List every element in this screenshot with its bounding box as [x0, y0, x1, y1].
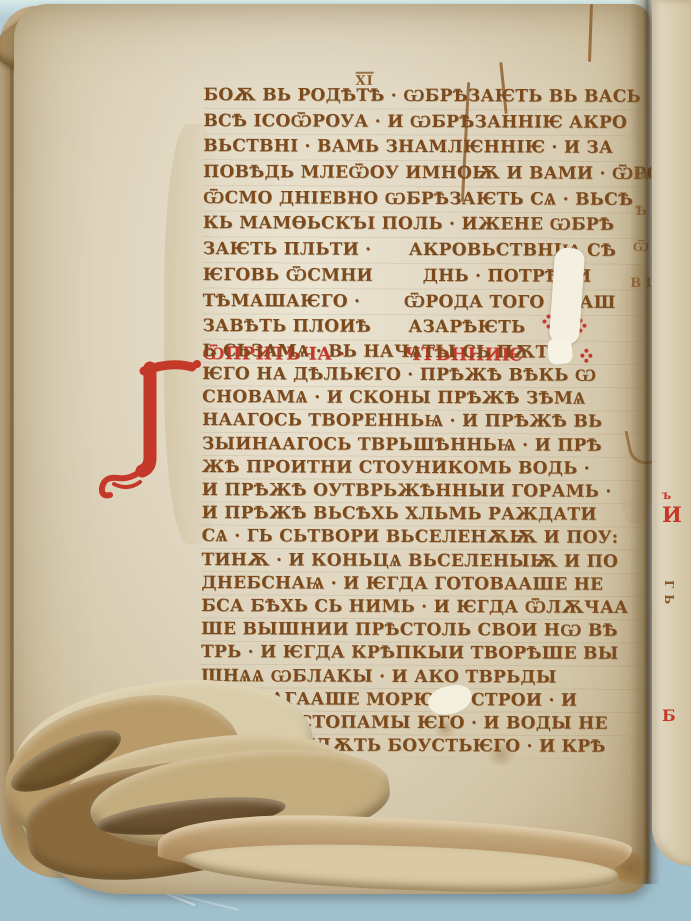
manuscript-text-line: ЗАѤТЬ ПЛЬТИ · АКРОВЬСТВНІѨ СѢ: [203, 237, 651, 265]
red-initial-letter-G: [98, 358, 208, 508]
manuscript-text-line: БСА БѢХЬ СЬ НИМЬ · И ѤГДА ѾЛѪЧАА: [201, 595, 649, 620]
manuscript-text-line: БОѪ ВЬ РОДѢТѢ · ѠБРѢЗАѤТЬ ВЬ ВАСЬ: [203, 83, 651, 111]
manuscript-text-line: ѤГО НА ДѢЛЬѤГО · ПРѢЖѢ ВѢКЬ Ѡ: [202, 363, 650, 388]
manuscript-text-line: ѾСМО ДНІЕВНО ѠБРѢЗАѤТЬ СѦ · ВЬСѢ: [203, 186, 651, 214]
quad-dot-ornament-icon: [542, 315, 555, 329]
facing-page-red-glyph: ъ: [662, 488, 671, 502]
manuscript-text-line: И ПРѢЖѢ ОУТВРЬЖѢННЫИ ГОРАМЬ ·: [202, 479, 650, 504]
quad-dot-ornament-icon: [574, 319, 587, 333]
manuscript-text-line: КЬ МАМѲЬСКЪІ ПОЛЬ · ИЖЕНЕ ѠБРѢ: [203, 211, 651, 239]
facing-page-red-initial: И: [662, 502, 682, 527]
manuscript-text-line: СѦ · ГЬ СЬТВОРИ ВЬСЕЛЕНѪѬ И ПОУ:: [202, 525, 650, 550]
manuscript-text-line: НААГОСЬ ТВОРЕННЬѨ · И ПРѢЖѢ ВЬ: [202, 409, 650, 434]
manuscript-text-line: И ПРѢЖѢ ВЬСѢХЬ ХЛЬМЬ РАЖДАТИ: [202, 502, 650, 527]
photo-of-manuscript: ХІ БОѪ ВЬ РОДѢТѢ · ѠБРѢЗАѤТЬ ВЬ ВАСЬВСѢ …: [0, 0, 691, 921]
manuscript-text-line: ШЕ ВЫШНИИ ПРѢСТОЛЬ СВОИ НѠ ВѢ: [201, 618, 649, 643]
manuscript-text-line: ВЬСТВНІ · ВАМЬ ЗНАМЛѤННІѤ · И ЗА: [203, 134, 651, 162]
manuscript-text-line: ВСѢ ІСОѾРОУА · И ѠБРѢЗАННІѤ АКРО: [203, 109, 651, 137]
manuscript-text-line: ДНЕБСНАѨ · И ѤГДА ГОТОВААШЕ НЕ: [201, 572, 649, 597]
facing-page-sliver: ъ И ГЬ Б: [652, 0, 691, 866]
manuscript-text-line: ПОВѢДЬ МЛЕѾОУ ИМНОѬ И ВАМИ · ѾРОУ: [203, 160, 651, 188]
manuscript-text-line: ШНѦѦ ѠБЛАКЫ · И АКО ТВРЬДЫ: [201, 665, 649, 690]
manuscript-text-line: ТИНѪ · И КОНЬЦѦ ВЬСЕЛЕНЫѬ И ПО: [201, 549, 649, 574]
manuscript-text-line: ѤГОВЬ ѾСМНИ ДНЬ · ПОТРѢБИ: [203, 263, 651, 291]
manuscript-text-line: ЖѢ ПРОИТНИ СТОУНИКОМЬ ВОДЬ ·: [202, 456, 650, 481]
facing-page-red-glyph: Б: [662, 706, 676, 725]
manuscript-text-line: ТѢМАШАѤГО · ѾРОДА ТОГО · НАШ: [203, 289, 651, 317]
facing-page-brown-glyphs: ГЬ: [662, 580, 676, 610]
page-edge-ridge: [10, 46, 13, 806]
manuscript-text-line: ТРЬ · И ѤГДА КРѢПКЫИ ТВОРѢШЕ ВЫ: [201, 641, 649, 666]
manuscript-text-line: СНОВАМѦ · И СКОНЫ ПРѢЖѢ ЗѢМѦ: [202, 386, 650, 411]
manuscript-text-line: Ь СЬЗАМѦ · ВЬ НАЧѦТЫ СЬ ПѪТИ: [202, 340, 650, 365]
manuscript-text-line: ЗЫИНААГОСЬ ТВРЬШѢННЬѨ · И ПРѢ: [202, 433, 650, 458]
text-column-upper: БОѪ ВЬ РОДѢТѢ · ѠБРѢЗАѤТЬ ВЬ ВАСЬВСѢ ІСО…: [202, 83, 651, 342]
